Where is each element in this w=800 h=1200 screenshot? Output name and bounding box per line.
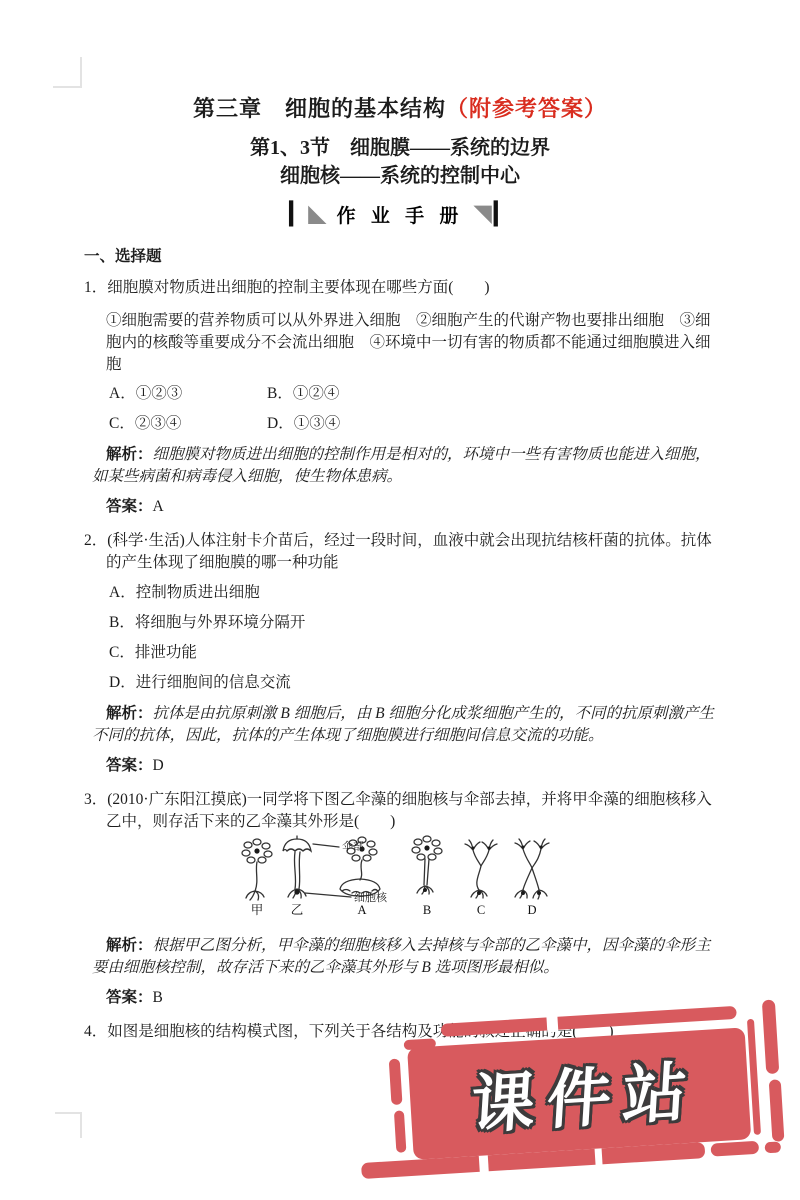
analysis-label: 解析：	[106, 705, 153, 722]
question-2-analysis: 解析：抗体是由抗原刺激 B 细胞后，由 B 细胞分化成浆细胞产生的，不同的抗原刺…	[84, 703, 716, 747]
chapter-title: 第三章 细胞的基本结构（附参考答案）	[84, 94, 716, 124]
figure-d-label: D	[527, 903, 536, 917]
stamp-frame-gap	[546, 1015, 558, 1033]
question-1-choice-row-1: A．①②③ B．①②④	[109, 383, 716, 405]
answer-value: B	[153, 989, 163, 1006]
figure-yi-label: 乙	[291, 903, 304, 917]
question-1-answer: 答案：A	[106, 496, 716, 518]
worksheet-page: 第三章 细胞的基本结构（附参考答案） 第1、3节 细胞膜——系统的边界 细胞核—…	[0, 0, 800, 1200]
question-2-stem: 2．(科学·生活)人体注射卡介苗后，经过一段时间，血液中就会出现抗结核杆菌的抗体…	[84, 530, 716, 574]
algae-option-d-drawing	[515, 839, 549, 899]
question-1-stem: 1．细胞膜对物质进出细胞的控制主要体现在哪些方面( )	[84, 277, 716, 299]
analysis-label: 解析：	[106, 446, 153, 463]
figure-nucleus-label: 细胞核	[354, 890, 388, 904]
acetabularia-figure-svg: 伞部 细胞核 甲 乙 A B C D	[229, 835, 569, 917]
stamp-frame-left-stroke-2	[394, 1110, 407, 1153]
figure-a-label: A	[357, 903, 366, 917]
answer-value: A	[153, 498, 164, 515]
choice-c: C．②③④	[109, 413, 267, 435]
stamp-plate: 课件站	[407, 1027, 751, 1159]
choice-b: B．将细胞与外界环境分隔开	[109, 612, 716, 634]
figure-jia-label: 甲	[251, 903, 264, 917]
choice-c: C．排泄功能	[109, 642, 716, 664]
choice-a: A．①②③	[109, 383, 267, 405]
banner-left-bar-icon: ▎	[289, 199, 306, 229]
chapter-title-answers-note: （附参考答案）	[446, 96, 607, 121]
stamp-frame-right-outer-stroke-2	[769, 1079, 785, 1142]
question-4-number: 4．	[84, 1023, 107, 1040]
choice-a: A．控制物质进出细胞	[109, 582, 716, 604]
stamp-frame-gap	[594, 1146, 602, 1166]
question-1-choice-row-2: C．②③④ D．①③④	[109, 413, 716, 435]
choice-d: D．①③④	[267, 413, 425, 435]
question-3: 3．(2010·广东阳江摸底)一同学将下图乙伞藻的细胞核与伞部去掉，并将甲伞藻的…	[84, 789, 716, 1009]
algae-option-b-drawing	[412, 836, 442, 894]
banner-left-flag-icon: ◣	[308, 199, 326, 229]
text-boundary-corner-mark-top-left	[53, 57, 82, 88]
question-1-number: 1．	[84, 279, 107, 296]
banner-label: 作 业 手 册	[337, 201, 464, 228]
stamp-frame-right-outer-stroke-1	[762, 999, 779, 1074]
answer-value: D	[153, 757, 164, 774]
choice-d: D．进行细胞间的信息交流	[109, 672, 716, 694]
question-3-stem: 3．(2010·广东阳江摸底)一同学将下图乙伞藻的细胞核与伞部去掉，并将甲伞藻的…	[84, 789, 716, 833]
algae-option-c-drawing	[465, 840, 497, 898]
stamp-frame-bottom-dash-2	[764, 1141, 781, 1153]
question-1: 1．细胞膜对物质进出细胞的控制主要体现在哪些方面( ) ①细胞需要的营养物质可以…	[84, 277, 716, 518]
page-content: 第三章 细胞的基本结构（附参考答案） 第1、3节 细胞膜——系统的边界 细胞核—…	[84, 94, 716, 1043]
question-1-numbered-statements: ①细胞需要的营养物质可以从外界进入细胞 ②细胞产生的代谢产物也要排出细胞 ③细胞…	[106, 310, 716, 376]
stamp-frame-bottom-dash-1	[710, 1141, 759, 1157]
question-1-analysis: 解析：细胞膜对物质进出细胞的控制作用是相对的，环境中一些有害物质也能进入细胞，如…	[84, 444, 716, 488]
figure-c-label: C	[477, 903, 485, 917]
analysis-text: 细胞膜对物质进出细胞的控制作用是相对的，环境中一些有害物质也能进入细胞，如某些病…	[92, 446, 711, 485]
algae-jia-drawing	[242, 839, 272, 900]
choice-b: B．①②④	[267, 383, 425, 405]
answer-label: 答案：	[106, 498, 153, 515]
answer-label: 答案：	[106, 989, 153, 1006]
analysis-label: 解析：	[106, 937, 153, 954]
figure-umbrella-label: 伞部	[342, 840, 364, 853]
section-title-line1: 第1、3节 细胞膜——系统的边界	[84, 134, 716, 162]
question-2: 2．(科学·生活)人体注射卡介苗后，经过一段时间，血液中就会出现抗结核杆菌的抗体…	[84, 530, 716, 777]
watermark-stamp: 课件站	[350, 995, 794, 1187]
banner-right-bar-icon: ▎	[494, 199, 511, 229]
part-heading: 一、选择题	[84, 246, 716, 268]
banner-right-flag-icon: ◥	[473, 199, 491, 229]
homework-banner: ▎ ◣ 作 业 手 册 ◥ ▎	[84, 199, 716, 229]
acetabularia-figure: 伞部 细胞核 甲 乙 A B C D	[229, 835, 569, 917]
analysis-text: 抗体是由抗原刺激 B 细胞后，由 B 细胞分化成浆细胞产生的，不同的抗原刺激产生…	[92, 705, 714, 744]
analysis-text: 根据甲乙图分析，甲伞藻的细胞核移入去掉核与伞部的乙伞藻中，因伞藻的伞形主要由细胞…	[92, 937, 711, 976]
text-boundary-corner-mark-bottom-left	[55, 1112, 82, 1138]
question-2-number: 2．	[84, 532, 107, 549]
algae-yi-drawing	[283, 836, 351, 898]
chapter-title-text: 第三章 细胞的基本结构	[193, 96, 446, 121]
answer-label: 答案：	[106, 757, 153, 774]
section-title-line2: 细胞核——系统的控制中心	[84, 162, 716, 190]
stamp-text: 课件站	[457, 1040, 702, 1147]
stamp-frame-gap	[479, 1153, 489, 1174]
question-3-analysis: 解析：根据甲乙图分析，甲伞藻的细胞核移入去掉核与伞部的乙伞藻中，因伞藻的伞形主要…	[84, 935, 716, 979]
question-3-number: 3．	[84, 791, 107, 808]
figure-b-label: B	[423, 903, 431, 917]
question-2-answer: 答案：D	[106, 755, 716, 777]
stamp-frame-left-stroke-1	[389, 1058, 403, 1105]
